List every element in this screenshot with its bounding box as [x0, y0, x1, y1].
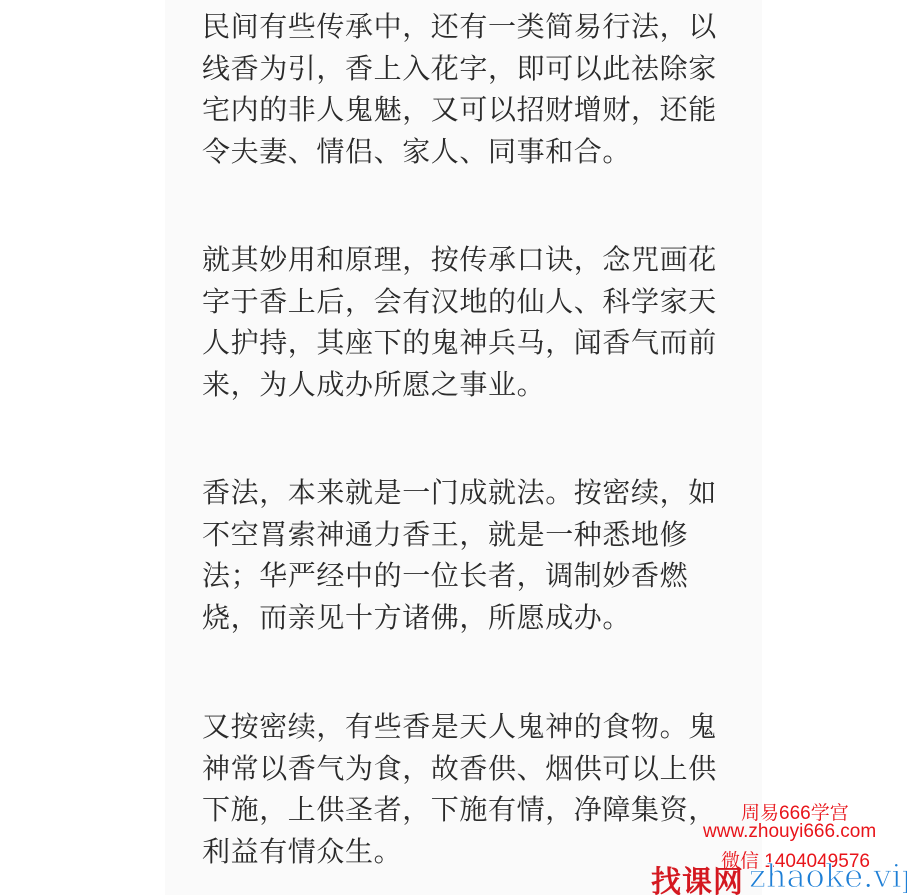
paragraph-line: 就其妙用和原理，按传承口诀，念咒画花: [202, 239, 722, 281]
paragraph-line: 不空罥索神通力香王，就是一种悉地修: [202, 514, 722, 556]
paragraph-line: 烧，而亲见十方诸佛，所愿成办。: [202, 597, 722, 639]
watermark-domain: zhaoke.vip: [749, 857, 907, 895]
paragraph-line: 神常以香气为食，故香供、烟供可以上供: [202, 748, 722, 790]
paragraph-line: 香法，本来就是一门成就法。按密续，如: [202, 472, 722, 514]
paragraph-line: 来，为人成办所愿之事业。: [202, 364, 722, 406]
paragraph-line: 字于香上后，会有汉地的仙人、科学家天: [202, 281, 722, 323]
paragraph-2: 就其妙用和原理，按传承口诀，念咒画花 字于香上后，会有汉地的仙人、科学家天 人护…: [202, 239, 722, 405]
watermark-brand: 找课网: [651, 857, 744, 895]
paragraph-line: 令夫妻、情侣、家人、同事和合。: [202, 131, 722, 173]
paragraph-line: 宅内的非人鬼魅，又可以招财增财，还能: [202, 89, 722, 131]
paragraph-3: 香法，本来就是一门成就法。按密续，如 不空罥索神通力香王，就是一种悉地修 法；华…: [202, 472, 722, 638]
paragraph-line: 人护持，其座下的鬼神兵马，闻香气而前: [202, 322, 722, 364]
watermark-url: www.zhouyi666.com: [703, 821, 876, 843]
paragraph-1: 民间有些传承中，还有一类简易行法，以 线香为引，香上入花字，即可以此祛除家 宅内…: [202, 6, 722, 172]
watermark: 周易666学宫 www.zhouyi666.com 微信 1404049576 …: [637, 795, 907, 895]
paragraph-line: 法；华严经中的一位长者，调制妙香燃: [202, 555, 722, 597]
paragraph-line: 民间有些传承中，还有一类简易行法，以: [202, 6, 722, 48]
paragraph-line: 又按密续，有些香是天人鬼神的食物。鬼: [202, 706, 722, 748]
paragraph-line: 线香为引，香上入花字，即可以此祛除家: [202, 48, 722, 90]
